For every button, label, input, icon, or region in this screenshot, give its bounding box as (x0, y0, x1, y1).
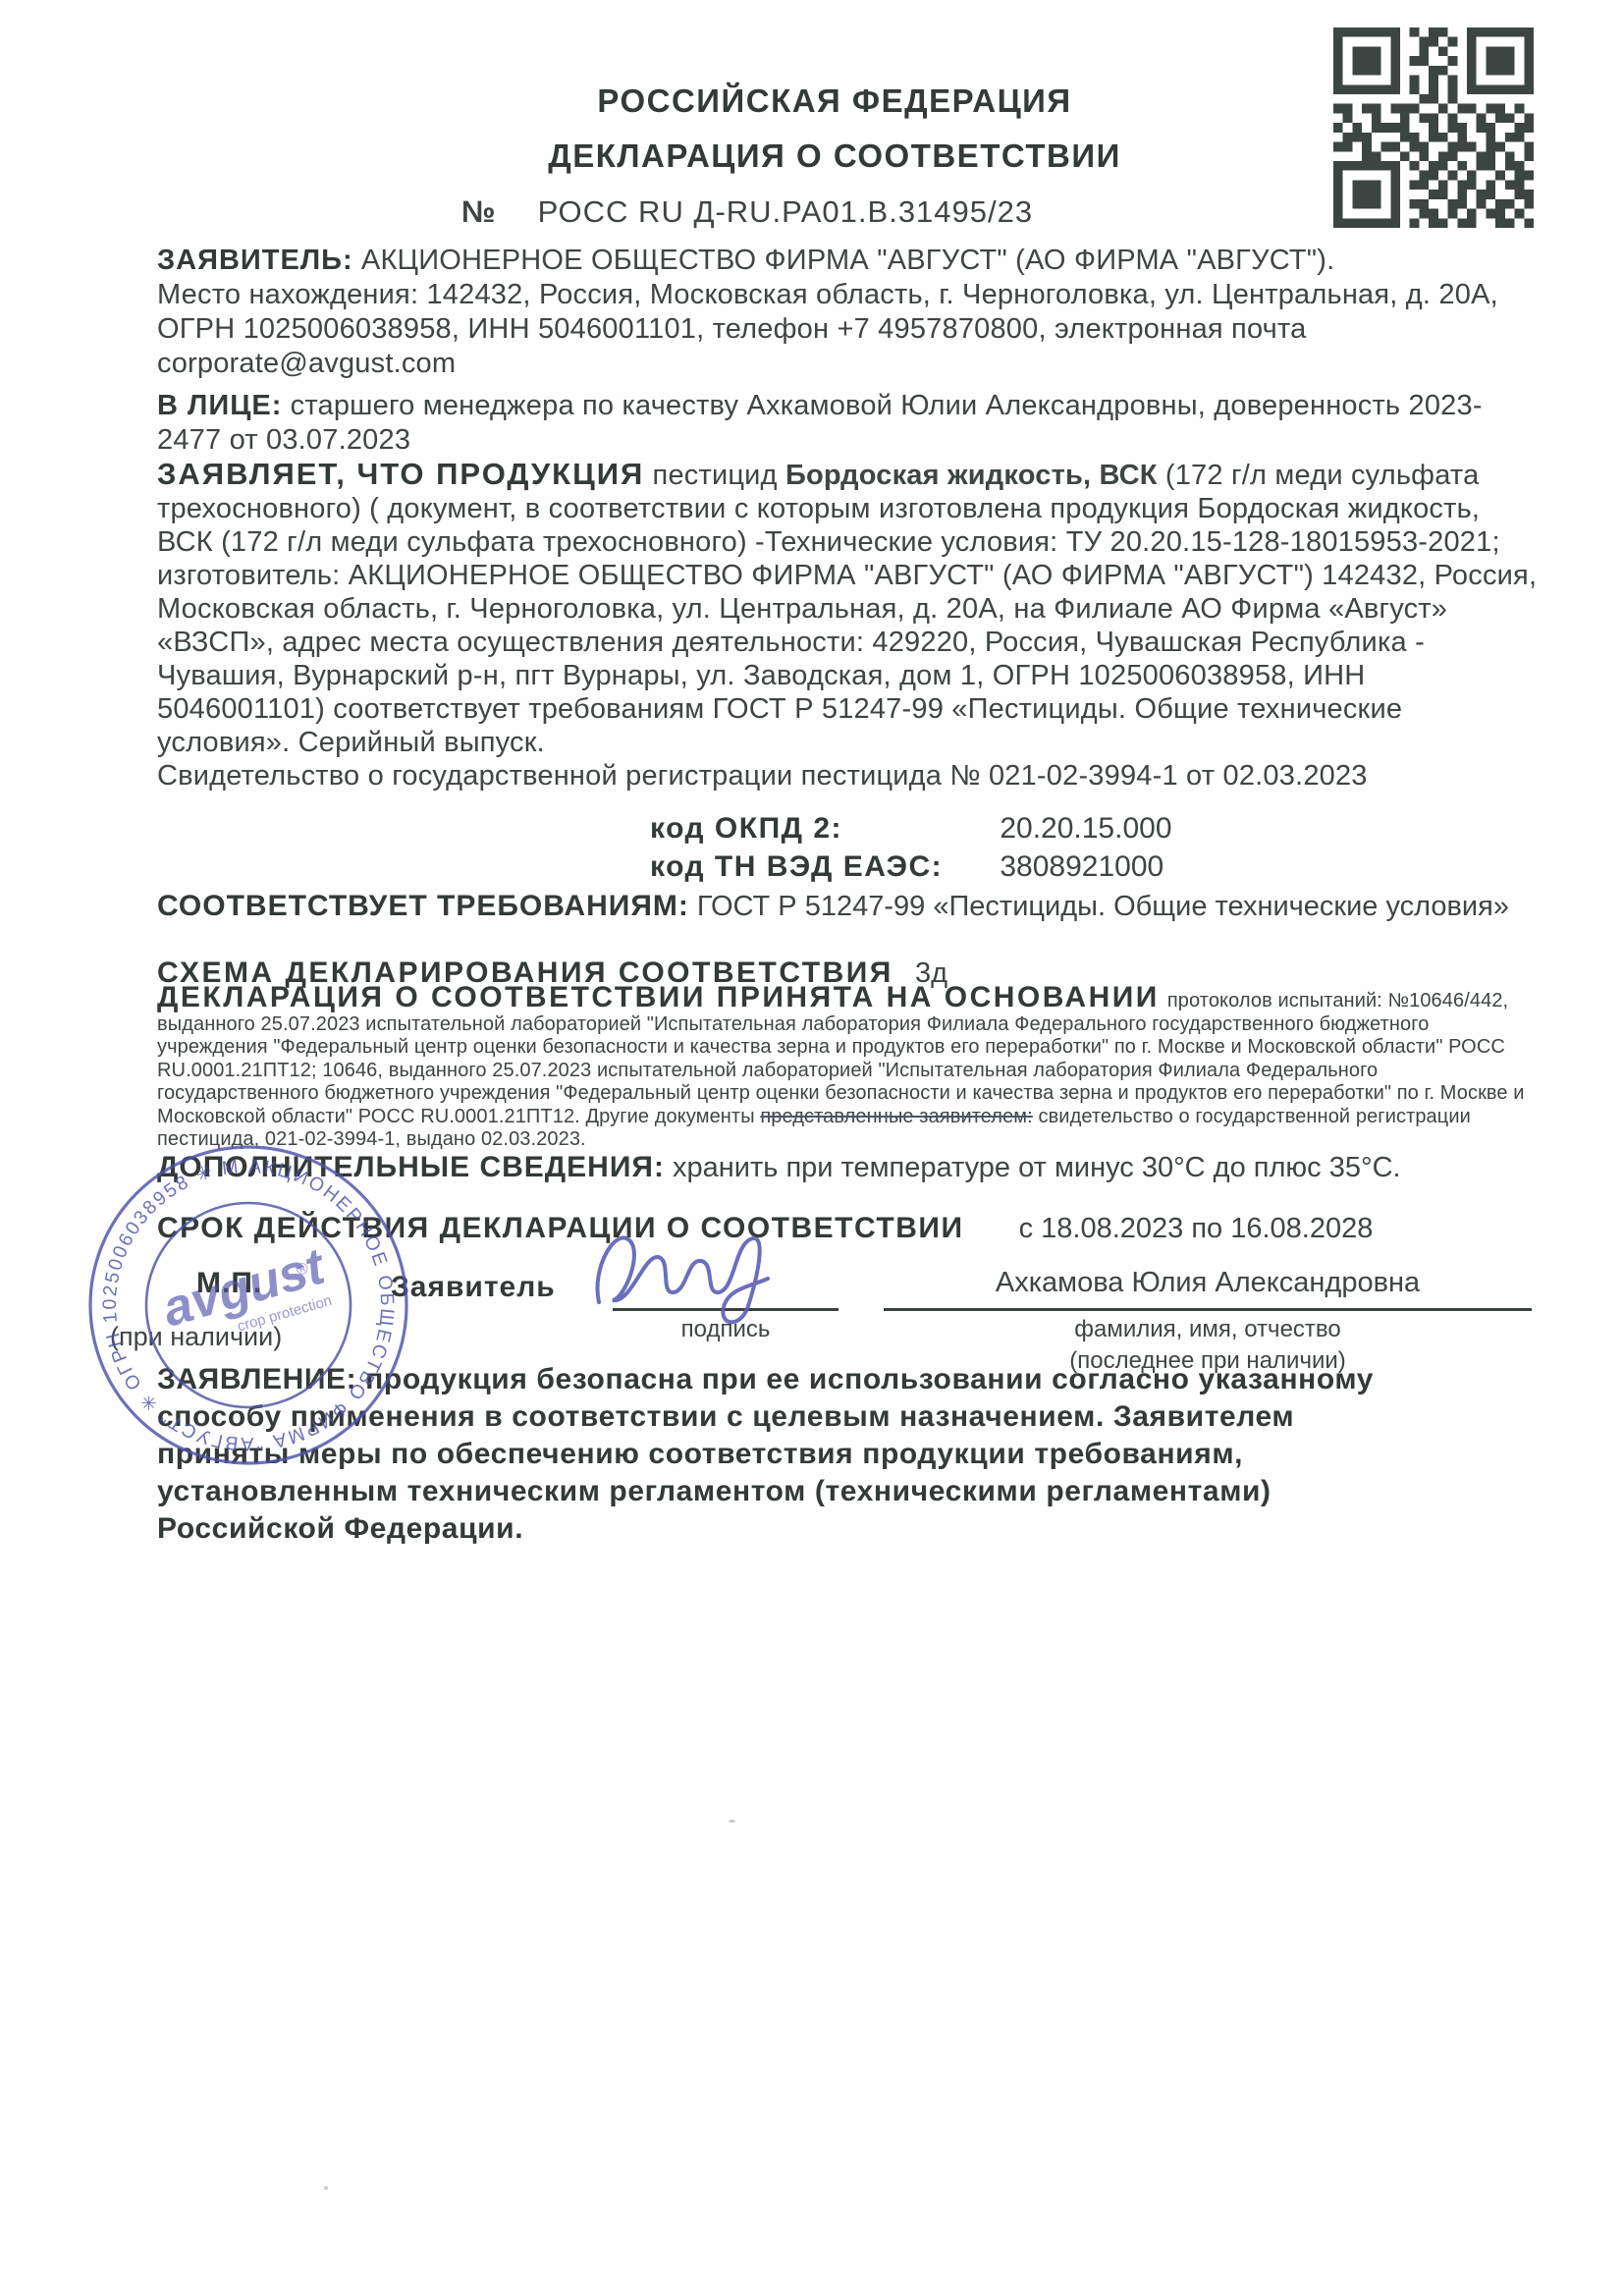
applicant-org: АКЦИОНЕРНОЕ ОБЩЕСТВО ФИРМА "АВГУСТ" (АО … (361, 245, 1335, 276)
svg-text:®: ® (295, 1260, 310, 1280)
name-caption-1: фамилия, имя, отчество (884, 1316, 1532, 1343)
stamp-place-note: (при наличии) (110, 1322, 282, 1352)
additional-label: ДОПОЛНИТЕЛЬНЫЕ СВЕДЕНИЯ: (157, 1151, 665, 1183)
compliance-text: ГОСТ Р 51247-99 «Пестициды. Общие технич… (697, 891, 1509, 922)
okpd-row: код ОКПД 2: 20.20.15.000 (650, 809, 1172, 847)
registration-certificate-line: Свидетельство о государственной регистра… (157, 760, 1368, 792)
okpd-value: 20.20.15.000 (1000, 812, 1171, 845)
applicant-address: Место нахождения: 142432, Россия, Москов… (157, 279, 1498, 379)
okpd-label: код ОКПД 2: (650, 809, 992, 847)
additional-text: хранить при температуре от минус 30°С до… (673, 1152, 1401, 1183)
statement-label: ЗАЯВЛЕНИЕ: (157, 1363, 356, 1395)
declares-paragraph: ЗАЯВЛЯЕТ, ЧТО ПРОДУКЦИЯ пестицид Бордоск… (157, 458, 1540, 793)
in-person-paragraph: В ЛИЦЕ: старшего менеджера по качеству А… (157, 389, 1537, 458)
applicant-paragraph: ЗАЯВИТЕЛЬ: АКЦИОНЕРНОЕ ОБЩЕСТВО ФИРМА "А… (157, 244, 1537, 381)
scan-speck (729, 1820, 735, 1823)
tnved-value: 3808921000 (1000, 850, 1163, 883)
in-person-label: В ЛИЦЕ: (157, 390, 282, 421)
tnved-label: код ТН ВЭД ЕАЭС: (650, 847, 992, 886)
product-name: Бордоская жидкость, ВСК (785, 460, 1158, 491)
in-person-text: старшего менеджера по качеству Ахкамовой… (157, 390, 1483, 456)
doc-number-line: №РОСС RU Д-RU.РА01.В.31495/23 (461, 194, 1033, 230)
declaration-document: РОССИЙСКАЯ ФЕДЕРАЦИЯ ДЕКЛАРАЦИЯ О СООТВЕ… (0, 0, 1623, 2296)
codes-block: код ОКПД 2: 20.20.15.000 код ТН ВЭД ЕАЭС… (650, 809, 1172, 886)
applicant-label: ЗАЯВИТЕЛЬ: (157, 245, 353, 276)
declares-pre: пестицид (644, 460, 785, 491)
validity-dates: с 18.08.2023 по 16.08.2028 (1019, 1213, 1374, 1244)
tnved-row: код ТН ВЭД ЕАЭС: 3808921000 (650, 847, 1172, 886)
compliance-line: СООТВЕТСТВУЕТ ТРЕБОВАНИЯМ: ГОСТ Р 51247-… (157, 890, 1509, 923)
basis-paragraph: ДЕКЛАРАЦИЯ О СООТВЕТСТВИИ ПРИНЯТА НА ОСН… (157, 986, 1537, 1152)
country-title: РОССИЙСКАЯ ФЕДЕРАЦИЯ (157, 82, 1512, 120)
name-line (884, 1308, 1532, 1311)
signer-role-label: Заявитель (391, 1271, 556, 1304)
declares-label: ЗАЯВЛЯЕТ, ЧТО ПРОДУКЦИЯ (157, 457, 644, 491)
basis-label: ДЕКЛАРАЦИЯ О СООТВЕТСТВИИ ПРИНЯТА НА ОСН… (157, 981, 1160, 1013)
signer-name: Ахкамова Юлия Александровна (884, 1267, 1532, 1299)
stamp-place-label: М.П. (196, 1267, 262, 1300)
compliance-label: СООТВЕТСТВУЕТ ТРЕБОВАНИЯМ: (157, 890, 689, 922)
qr-code-icon (1333, 27, 1534, 228)
additional-line: ДОПОЛНИТЕЛЬНЫЕ СВЕДЕНИЯ: хранить при тем… (157, 1151, 1401, 1184)
statement-paragraph: ЗАЯВЛЕНИЕ: продукция безопасна при ее ис… (157, 1361, 1424, 1548)
declares-rest: (172 г/л меди сульфата трехосновного) ( … (157, 460, 1537, 758)
doc-title: ДЕКЛАРАЦИЯ О СООТВЕТСТВИИ (157, 137, 1512, 175)
scan-speck (324, 2186, 328, 2190)
doc-number-label: № (461, 194, 497, 229)
handwritten-signature (585, 1208, 880, 1331)
basis-text-struck: представленные заявителем: (760, 1106, 1032, 1127)
doc-number: РОСС RU Д-RU.РА01.В.31495/23 (538, 194, 1034, 229)
